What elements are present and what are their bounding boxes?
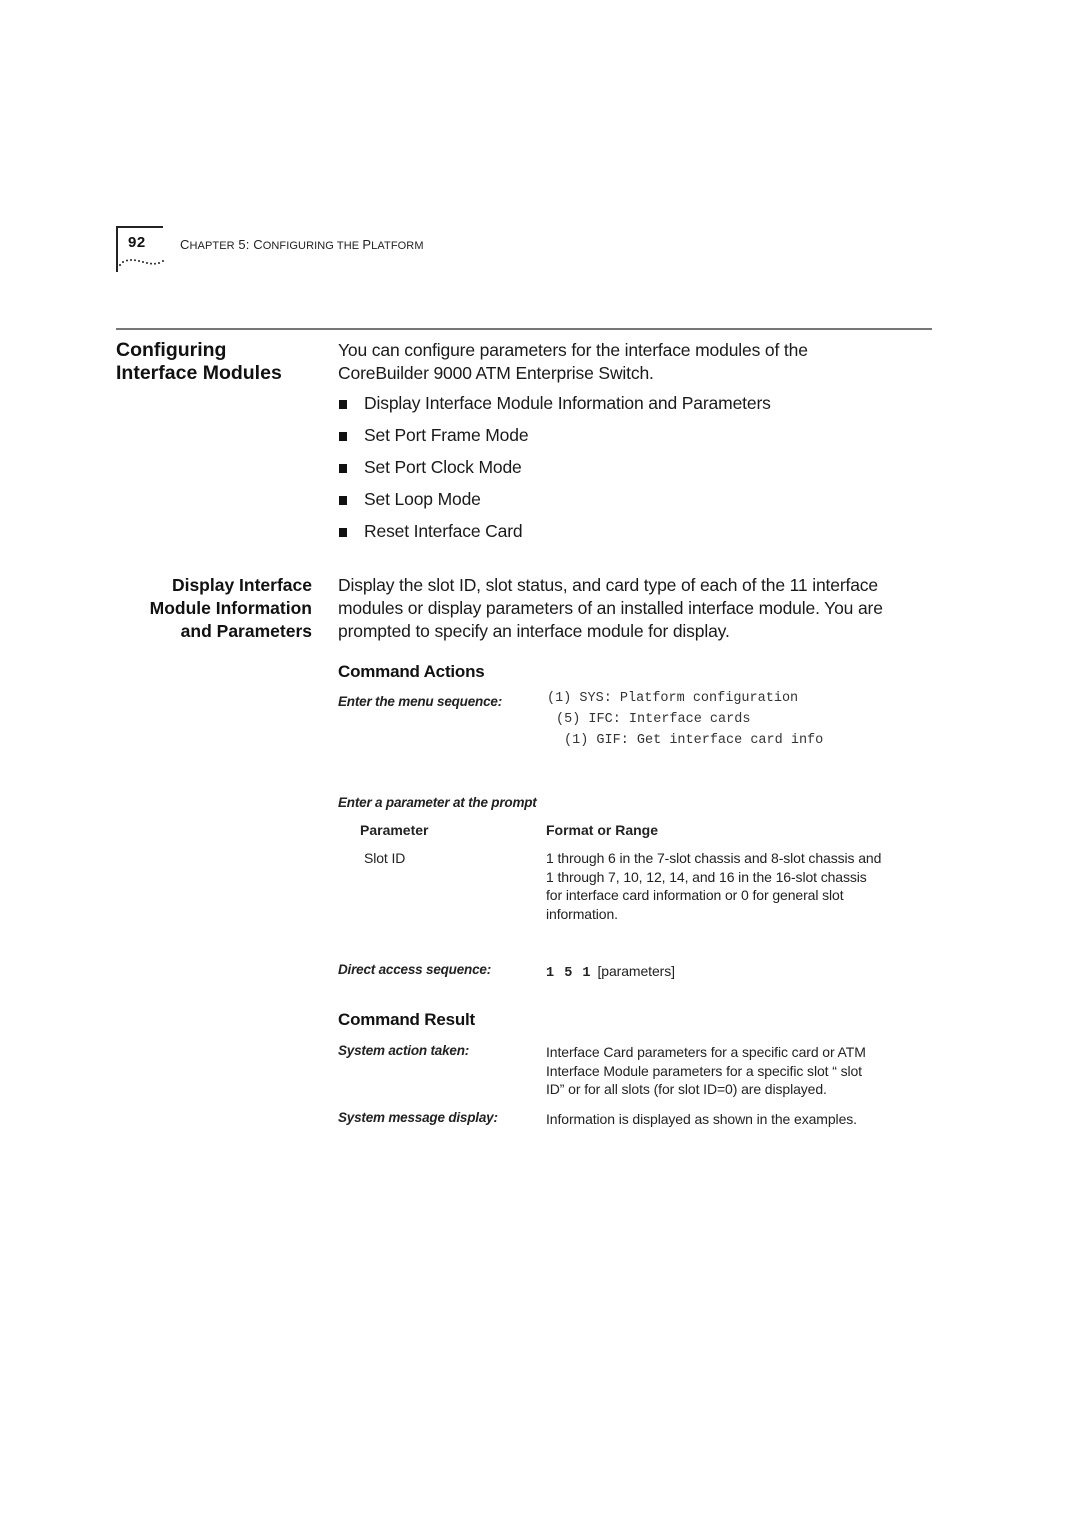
list-item: Set Port Clock Mode	[338, 456, 771, 488]
system-action-label: System action taken:	[338, 1043, 469, 1058]
section-divider-rule	[116, 328, 932, 330]
system-message-label: System message display:	[338, 1110, 498, 1125]
page-number: 92	[128, 234, 146, 251]
prompt-label: Enter a parameter at the prompt	[338, 795, 537, 810]
table-header-format: Format or Range	[546, 822, 658, 838]
system-action-text: Interface Card parameters for a specific…	[546, 1043, 936, 1099]
running-header-chapter-title: CHAPTER 5: CONFIGURING THE PLATFORM	[180, 237, 424, 252]
bullet-square-icon	[339, 464, 347, 473]
dotted-swoosh-logo-icon	[118, 256, 166, 270]
bullet-square-icon	[339, 496, 347, 505]
bullet-square-icon	[339, 432, 347, 441]
header-corner-rule-horizontal	[116, 226, 163, 228]
direct-access-params: [parameters]	[598, 963, 675, 979]
direct-access-label: Direct access sequence:	[338, 962, 491, 977]
system-message-text: Information is displayed as shown in the…	[546, 1110, 936, 1129]
menu-sequence-step: (1) SYS: Platform configuration	[547, 691, 798, 706]
table-cell-format: 1 through 6 in the 7-slot chassis and 8-…	[546, 849, 936, 923]
section-intro: You can configure parameters for the int…	[338, 339, 938, 385]
subsection-heading: Display Interface Module Information and…	[110, 574, 312, 643]
list-item: Reset Interface Card	[338, 520, 771, 552]
command-actions-heading: Command Actions	[338, 662, 485, 682]
direct-access-value: 1 5 1[parameters]	[546, 962, 675, 984]
list-item: Set Port Frame Mode	[338, 424, 771, 456]
bullet-square-icon	[339, 528, 347, 537]
section-heading: Configuring Interface Modules	[116, 339, 282, 385]
direct-access-sequence: 1 5 1	[546, 966, 592, 981]
topic-list: Display Interface Module Information and…	[338, 392, 771, 552]
list-item: Set Loop Mode	[338, 488, 771, 520]
menu-sequence-label: Enter the menu sequence:	[338, 694, 502, 709]
list-item: Display Interface Module Information and…	[338, 392, 771, 424]
menu-sequence-step: (1) GIF: Get interface card info	[564, 733, 823, 748]
bullet-square-icon	[339, 400, 347, 409]
command-result-heading: Command Result	[338, 1010, 475, 1030]
menu-sequence-step: (5) IFC: Interface cards	[556, 712, 750, 727]
subsection-description: Display the slot ID, slot status, and ca…	[338, 574, 938, 643]
table-cell-parameter: Slot ID	[364, 849, 405, 868]
table-header-parameter: Parameter	[360, 822, 429, 838]
